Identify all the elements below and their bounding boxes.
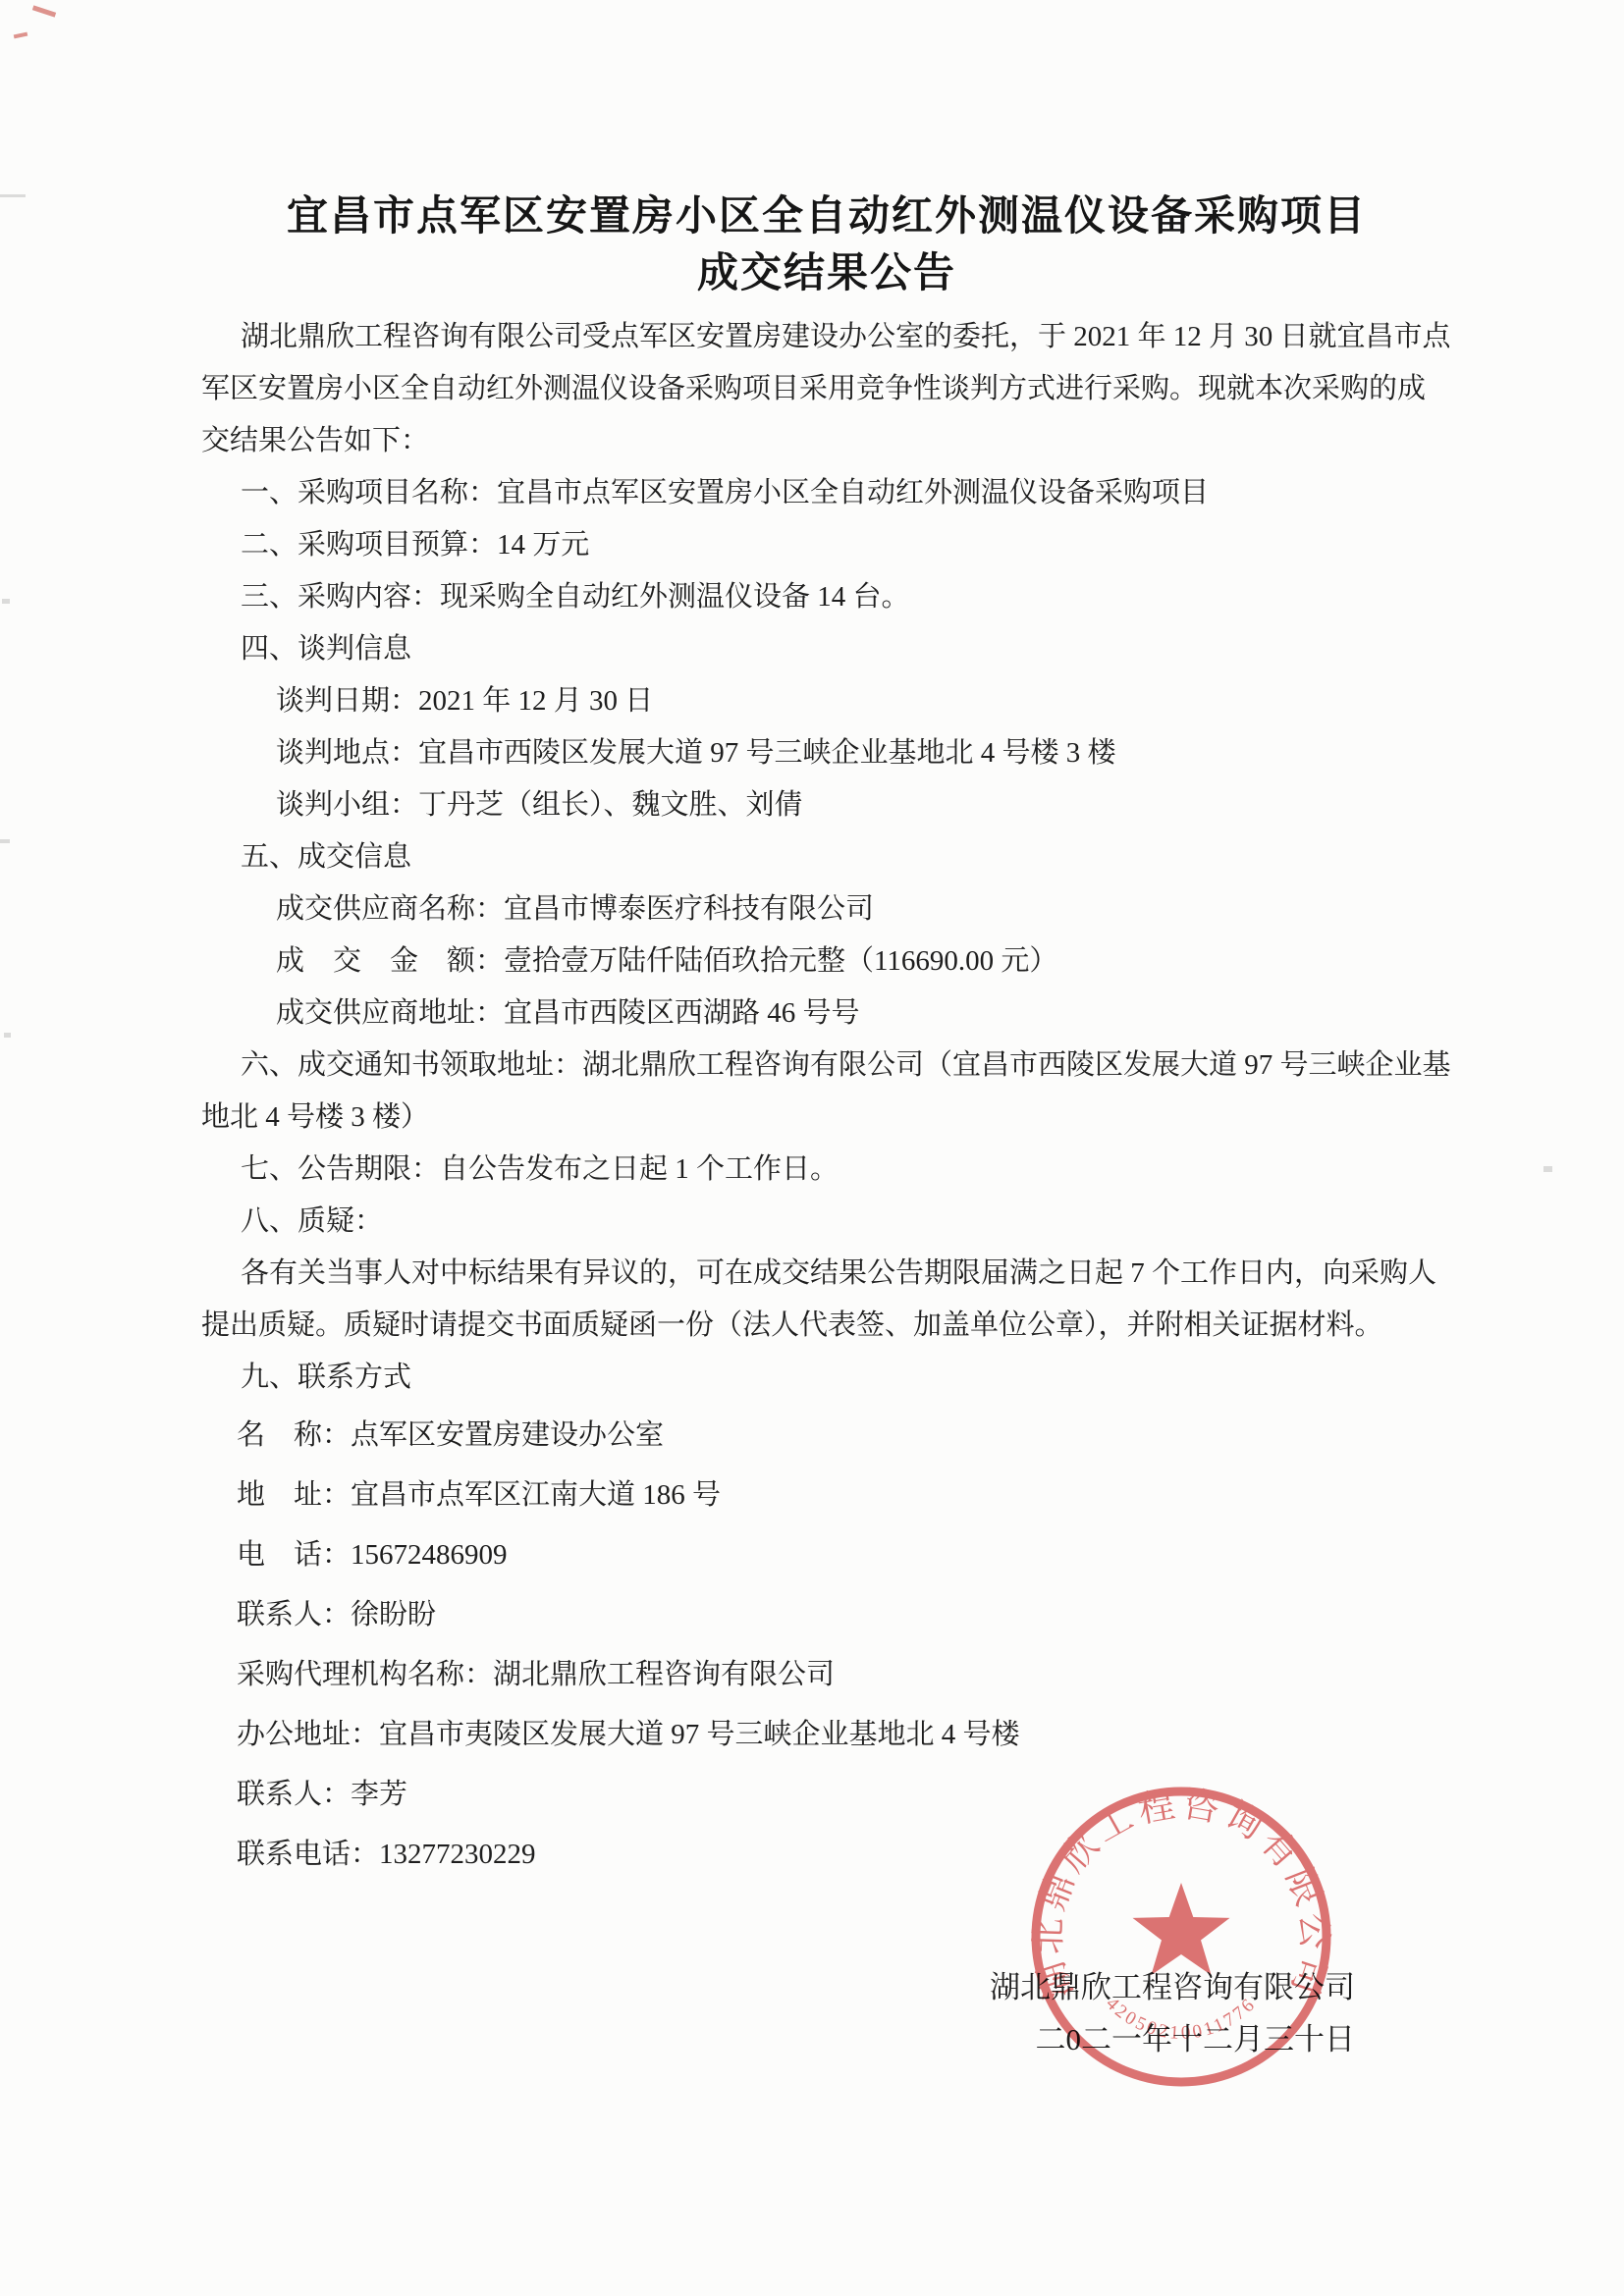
contact-person: 联系人：徐盼盼 — [201, 1585, 1452, 1645]
document-page: 宜昌市点军区安置房小区全自动红外测温仪设备采购项目 成交结果公告 湖北鼎欣工程咨… — [0, 0, 1624, 2296]
signature-company: 湖北鼎欣工程咨询有限公司 — [990, 1961, 1355, 2013]
section-item-8: 八、质疑： — [201, 1196, 1452, 1248]
section-item-7: 七、公告期限：自公告发布之日起 1 个工作日。 — [201, 1144, 1452, 1196]
scan-artifact — [14, 32, 28, 39]
contact-address: 地 址：宜昌市点军区江南大道 186 号 — [201, 1466, 1452, 1525]
signature-date: 二0二一年十二月三十日 — [990, 2013, 1355, 2065]
scan-artifact — [32, 5, 56, 17]
contact-phone: 电 话：15672486909 — [201, 1525, 1452, 1585]
scan-artifact — [0, 194, 26, 197]
section-item-5: 五、成交信息 — [201, 831, 1452, 883]
signature-block: 湖北鼎欣工程咨询有限公司 二0二一年十二月三十日 — [990, 1961, 1355, 2065]
document-title-line2: 成交结果公告 — [201, 245, 1452, 302]
section-item-2: 二、采购项目预算：14 万元 — [201, 519, 1452, 571]
section-item-9: 九、联系方式 — [201, 1352, 1452, 1404]
objection-paragraph: 各有关当事人对中标结果有异议的，可在成交结果公告期限届满之日起 7 个工作日内，… — [201, 1248, 1452, 1352]
scan-artifact — [2, 599, 10, 604]
contact-block: 名 称：点军区安置房建设办公室 地 址：宜昌市点军区江南大道 186 号 电 话… — [201, 1406, 1452, 1885]
section-item-4: 四、谈判信息 — [201, 623, 1452, 675]
section-item-1: 一、采购项目名称：宜昌市点军区安置房小区全自动红外测温仪设备采购项目 — [201, 467, 1452, 519]
negotiation-team: 谈判小组：丁丹芝（组长）、魏文胜、刘倩 — [201, 779, 1452, 831]
agency-phone: 联系电话：13277230229 — [201, 1825, 1452, 1885]
winning-amount: 成 交 金 额：壹拾壹万陆仟陆佰玖拾元整（116690.00 元） — [201, 935, 1452, 988]
contact-name: 名 称：点军区安置房建设办公室 — [201, 1406, 1452, 1466]
document-content: 宜昌市点军区安置房小区全自动红外测温仪设备采购项目 成交结果公告 湖北鼎欣工程咨… — [201, 0, 1452, 1885]
section-item-3: 三、采购内容：现采购全自动红外测温仪设备 14 台。 — [201, 571, 1452, 623]
negotiation-date: 谈判日期：2021 年 12 月 30 日 — [201, 675, 1452, 727]
scan-artifact — [1543, 1166, 1552, 1172]
winning-supplier-addr: 成交供应商地址：宜昌市西陵区西湖路 46 号号 — [201, 988, 1452, 1040]
negotiation-place: 谈判地点：宜昌市西陵区发展大道 97 号三峡企业基地北 4 号楼 3 楼 — [201, 727, 1452, 779]
winning-supplier-name: 成交供应商名称：宜昌市博泰医疗科技有限公司 — [201, 883, 1452, 935]
section-item-6: 六、成交通知书领取地址：湖北鼎欣工程咨询有限公司（宜昌市西陵区发展大道 97 号… — [201, 1040, 1452, 1144]
agency-person: 联系人：李芳 — [201, 1765, 1452, 1825]
agency-address: 办公地址：宜昌市夷陵区发展大道 97 号三峡企业基地北 4 号楼 — [201, 1705, 1452, 1765]
scan-artifact — [4, 1033, 11, 1038]
document-title-line1: 宜昌市点军区安置房小区全自动红外测温仪设备采购项目 — [201, 188, 1452, 245]
document-body: 湖北鼎欣工程咨询有限公司受点军区安置房建设办公室的委托，于 2021 年 12 … — [201, 311, 1452, 1404]
agency-name: 采购代理机构名称：湖北鼎欣工程咨询有限公司 — [201, 1645, 1452, 1705]
scan-artifact — [0, 839, 10, 843]
intro-paragraph: 湖北鼎欣工程咨询有限公司受点军区安置房建设办公室的委托，于 2021 年 12 … — [201, 311, 1452, 467]
